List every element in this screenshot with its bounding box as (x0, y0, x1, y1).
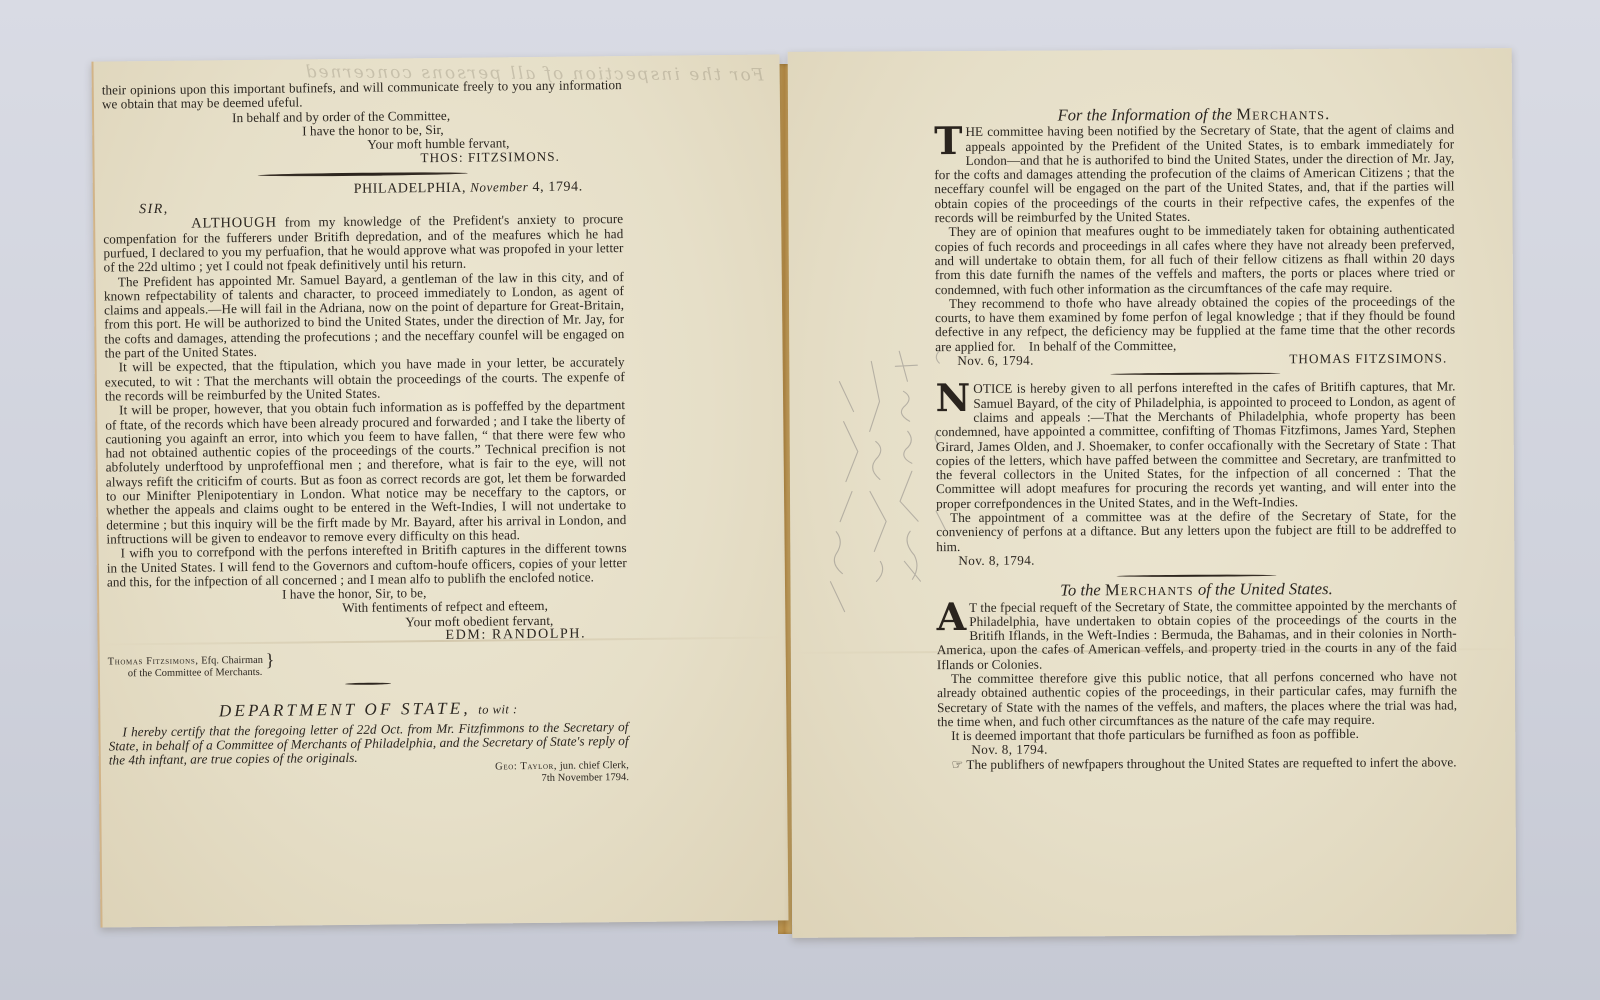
clerk-name: Geo: Taylor, (495, 761, 557, 773)
document-spread: For the inspection of all persons concer… (0, 0, 1600, 1000)
short-divider (345, 683, 391, 685)
right-page: For the Information of the Merchants. TH… (788, 48, 1517, 938)
dateline-day-year: 4, 1794. (532, 179, 582, 195)
divider-rule (258, 171, 468, 176)
dateline-month: November (470, 179, 528, 195)
clerk-title: jun. chief Clerk, (560, 761, 629, 773)
pencil-annotation-marks (799, 321, 951, 642)
addressee-name: Thomas Fitzsimons, (108, 656, 199, 668)
section2-date: Nov. 8, 1794. (936, 551, 1456, 568)
signature-thomas-fitzsimons: THOMAS FITZSIMONS. (1289, 351, 1455, 366)
letter-paragraph-2: The Prefident has appointed Mr. Samuel B… (104, 270, 625, 361)
left-page-text: their opinions upon this important bufin… (102, 78, 629, 789)
clerk-date: 7th November 1794. (541, 772, 629, 784)
letter-paragraph-1: ALTHOUGH from my knowledge of the Prefid… (103, 212, 624, 275)
addressee-committee: of the Committee of Merchants. (108, 667, 263, 680)
dateline-place: PHILADELPHIA, (354, 180, 467, 196)
letter-paragraph-5: I wifh you to correfpond with the perfon… (107, 541, 627, 589)
section1-paragraph-3: They recommend to thofe who have already… (935, 294, 1455, 354)
brace-glyph: } (266, 650, 275, 670)
notice-paragraph-1: NOTICE is hereby given to all perfons in… (935, 380, 1456, 511)
drop-cap-t: T (934, 126, 962, 156)
letter-dateline: PHILADELPHIA, November 4, 1794. (103, 179, 623, 200)
publishers-note: ☞ The publifhers of newfpapers throughou… (937, 755, 1457, 772)
section1-paragraph-1: THE committee having been notified by th… (934, 123, 1455, 226)
department-of-state-title: DEPARTMENT OF STATE, to wit : (108, 700, 628, 721)
section1-paragraph-2: They are of opinion that meafures ought … (935, 223, 1455, 297)
to-wit: to wit : (478, 702, 518, 716)
addressee-title: Efq. Chairman (201, 655, 263, 667)
drop-cap-a: A (937, 601, 967, 631)
letter-paragraph-3: It will be expected, that the ftipulatio… (105, 355, 625, 403)
addressee-block: Thomas Fitzsimons, Efq. Chairman } of th… (108, 651, 628, 679)
divider-rule (1110, 373, 1280, 376)
section1-signoff: Nov. 6, 1794. THOMAS FITZSIMONS. (935, 351, 1455, 368)
merchants-paragraph-2: The committee therefore give this public… (937, 669, 1457, 729)
pointing-hand-icon: ☞ (951, 757, 963, 772)
in-behalf-committee: In behalf of the Committee, (1029, 338, 1177, 354)
left-page: For the inspection of all persons concer… (91, 54, 788, 927)
merchants-paragraph-1: AT the fpecial requeft of the Secretary … (937, 598, 1457, 672)
section1-date: Nov. 6, 1794. (935, 354, 1034, 369)
heading-merchants-united-states: To the Merchants of the United States. (936, 582, 1456, 599)
notice-paragraph-2: The appointment of a committee was at th… (936, 508, 1456, 554)
divider-rule (1116, 575, 1276, 578)
drop-cap-n: N (935, 383, 970, 413)
right-page-text: For the Information of the Merchants. TH… (934, 106, 1457, 772)
letter-paragraph-4: It will be proper, however, that you obt… (105, 398, 626, 546)
